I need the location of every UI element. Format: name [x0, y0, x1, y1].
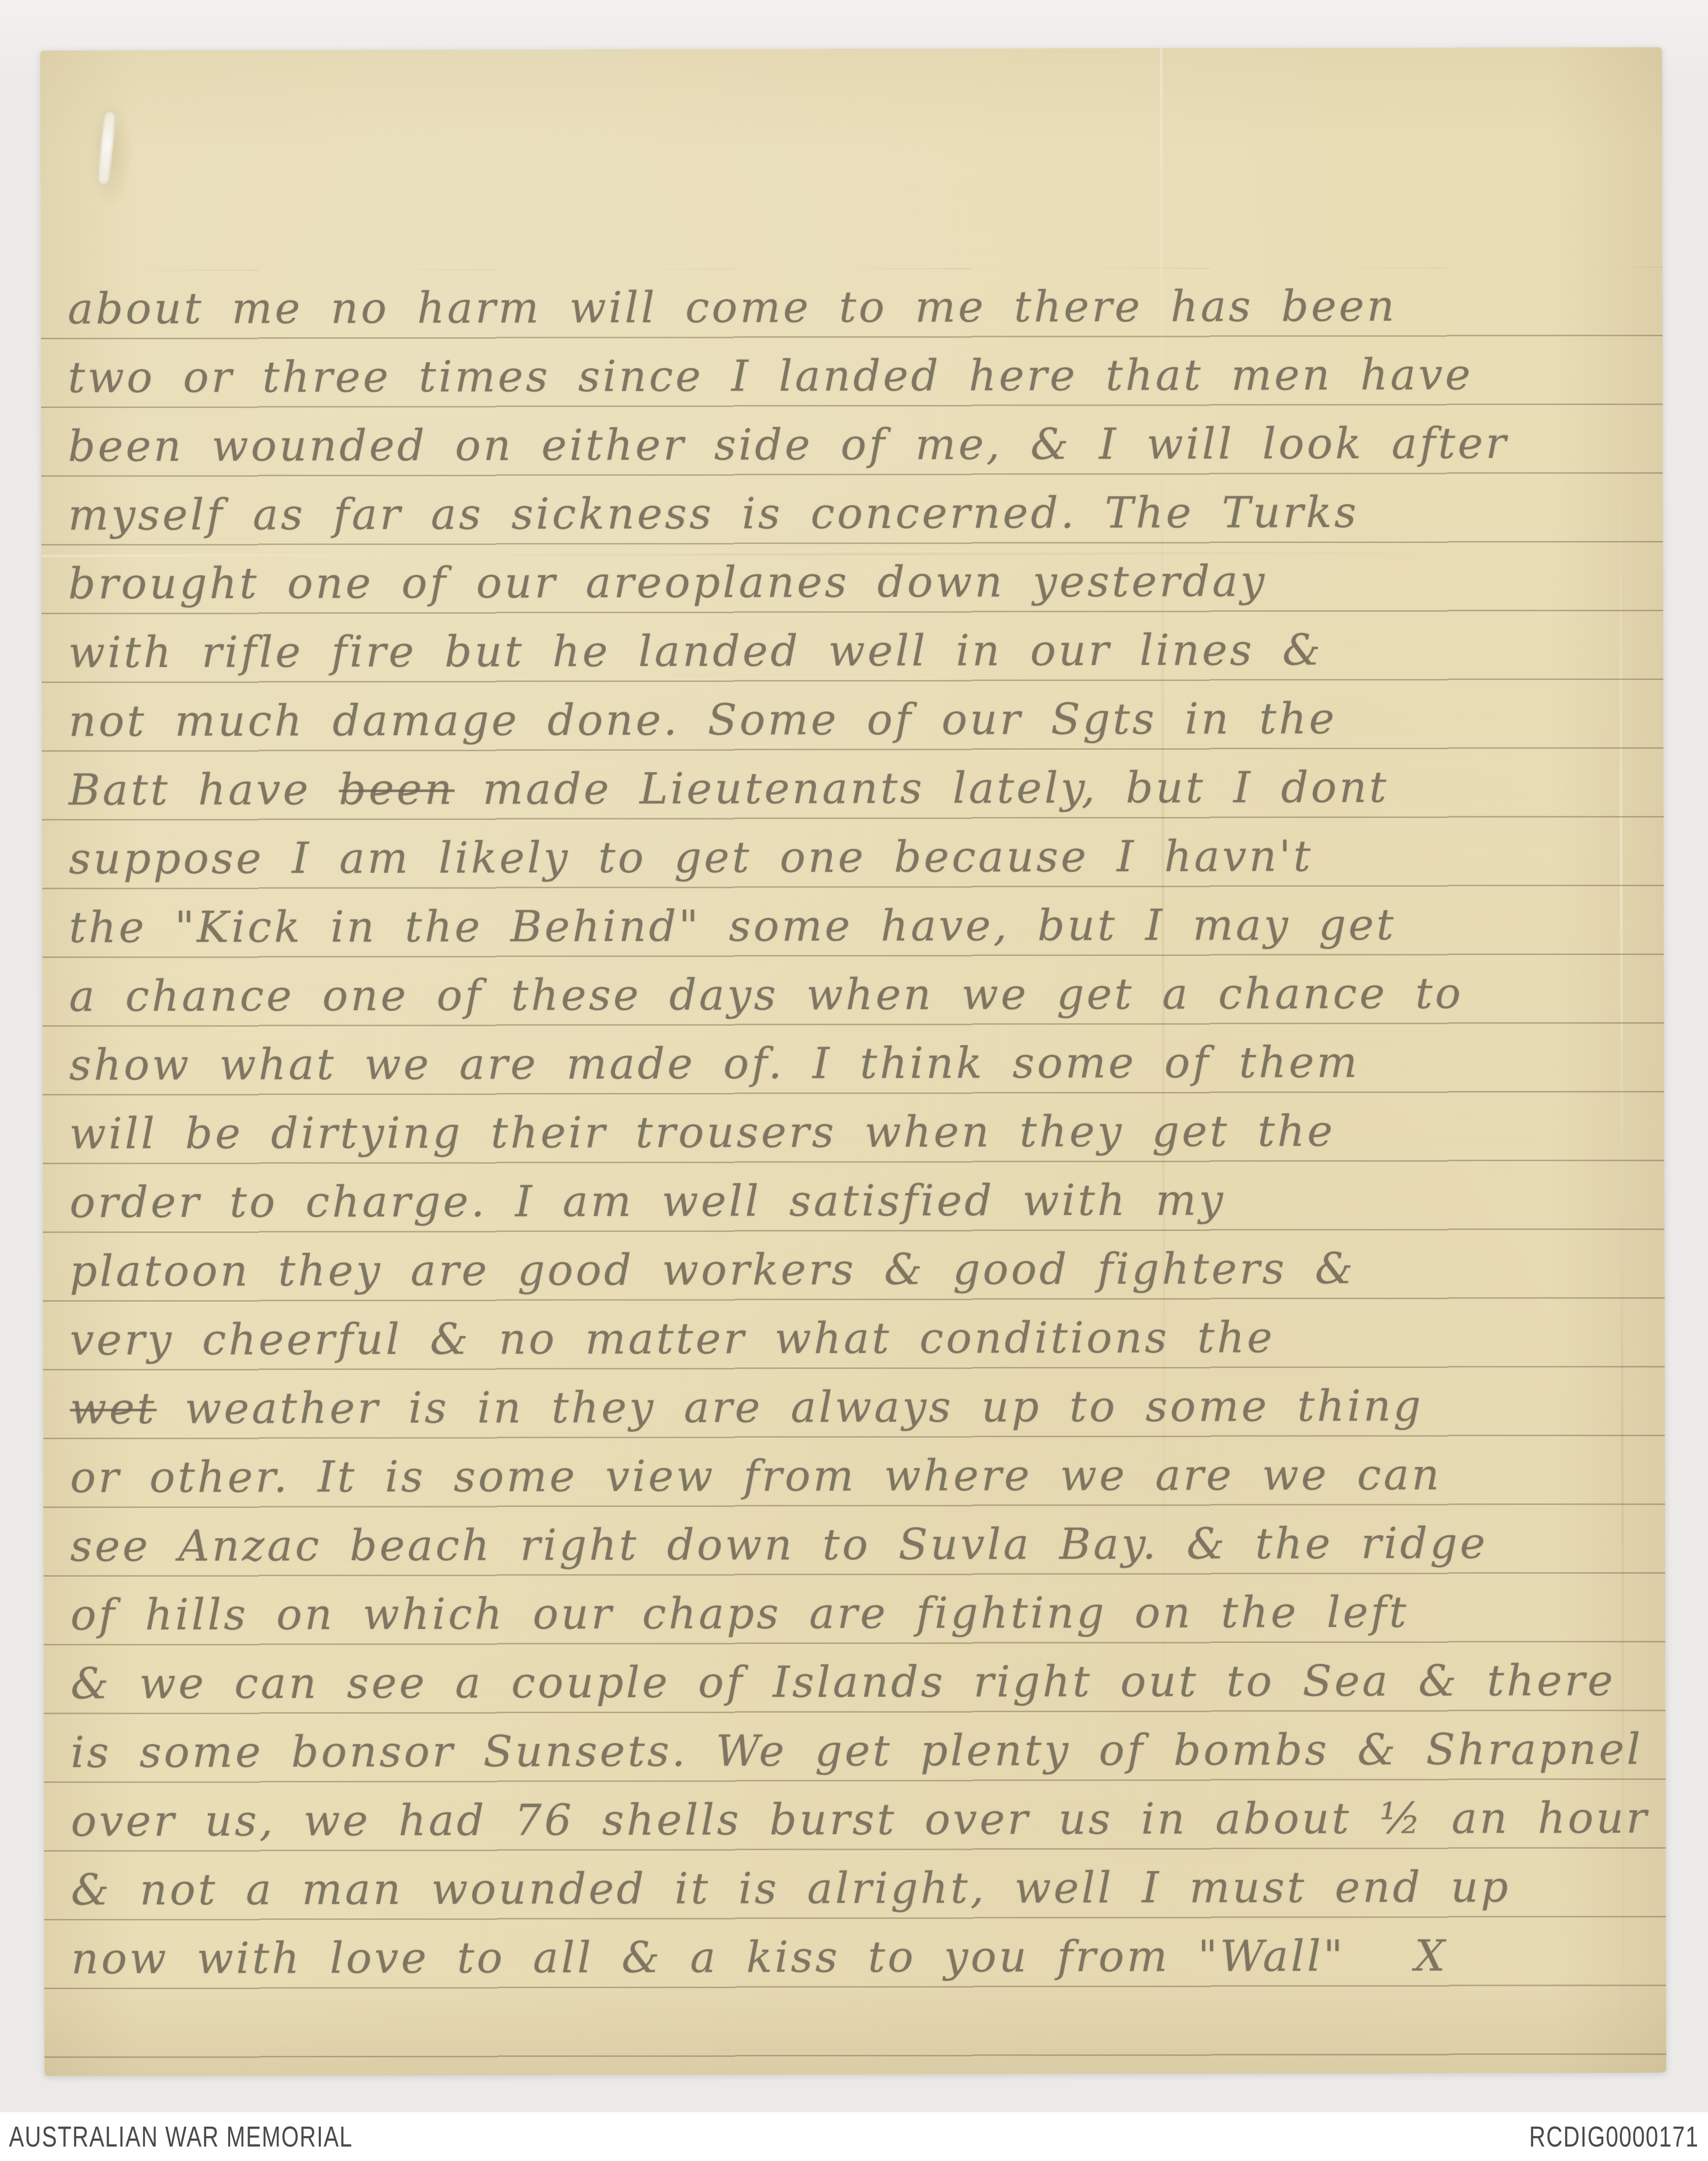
letter-line: two or three times since I landed here t… [68, 340, 1663, 412]
letter-text: a chance one of these days when we get a… [69, 968, 1463, 1021]
letter-line: & we can see a couple of Islands right o… [70, 1646, 1665, 1719]
letter-text: weather is in they are always up to some… [156, 1381, 1423, 1434]
letter-text: see Anzac beach right down to Suvla Bay.… [70, 1518, 1488, 1571]
letter-text: with rifle fire but he landed well in ou… [68, 625, 1323, 677]
letter-line: about me no harm will come to me there h… [68, 271, 1663, 344]
letter-text: order to charge. I am well satisfied wit… [69, 1175, 1225, 1227]
letter-text: will be dirtying their trousers when the… [69, 1106, 1335, 1159]
letter-line: is some bonsor Sunsets. We get plenty of… [71, 1715, 1666, 1787]
letter-text: Batt have [69, 765, 339, 815]
archive-footer-bar: AUSTRALIAN WAR MEMORIAL RCDIG0000171 [0, 2112, 1708, 2161]
letter-line: & not a man wounded it is alright, well … [71, 1853, 1666, 1925]
letter-text: two or three times since I landed here t… [68, 350, 1473, 403]
letter-text: about me no harm will come to me there h… [68, 281, 1397, 334]
letter-text: the "Kick in the Behind" some have, but … [69, 900, 1396, 953]
letter-text: & we can see a couple of Islands right o… [71, 1656, 1616, 1709]
letter-text: platoon they are good workers & good fig… [70, 1244, 1356, 1296]
letter-line: wet weather is in they are always up to … [70, 1371, 1665, 1444]
letter-text: made Lieutenants lately, but I dont [454, 763, 1389, 814]
letter-text: of hills on which our chaps are fighting… [70, 1588, 1409, 1640]
letter-text: myself as far as sickness is concerned. … [68, 488, 1359, 540]
letter-line: will be dirtying their trousers when the… [69, 1096, 1664, 1169]
letter-text: over us, we had 76 shells burst over us … [71, 1793, 1649, 1847]
letter-line: the "Kick in the Behind" some have, but … [69, 890, 1664, 962]
letter-line: of hills on which our chaps are fighting… [70, 1578, 1665, 1650]
letter-line: or other. It is some view from where we … [70, 1440, 1665, 1512]
letter-line: suppose I am likely to get one because I… [69, 821, 1664, 894]
letter-line: see Anzac beach right down to Suvla Bay.… [70, 1509, 1665, 1581]
letter-line: not much damage done. Some of our Sgts i… [68, 684, 1663, 756]
letter-text: or other. It is some view from where we … [70, 1450, 1442, 1503]
letter-text: & not a man wounded it is alright, well … [71, 1862, 1511, 1915]
letter-text: is some bonsor Sunsets. We get plenty of… [71, 1725, 1643, 1778]
reference-id: RCDIG0000171 [1529, 2120, 1699, 2154]
letter-page: about me no harm will come to me there h… [40, 47, 1667, 2076]
letter-line: myself as far as sickness is concerned. … [68, 478, 1663, 550]
letter-text: now with love to all & a kiss to you fro… [71, 1931, 1448, 1984]
letter-text: not much damage done. Some of our Sgts i… [68, 694, 1336, 746]
letter-line: now with love to all & a kiss to you fro… [71, 1921, 1666, 1994]
letter-line: over us, we had 76 shells burst over us … [71, 1784, 1666, 1856]
archive-name: AUSTRALIAN WAR MEMORIAL [9, 2120, 353, 2154]
struck-word: wet [70, 1384, 156, 1434]
scan-background: about me no harm will come to me there h… [0, 0, 1708, 2161]
letter-line: very cheerful & no matter what condition… [70, 1303, 1665, 1375]
struck-word: been [339, 765, 454, 814]
letter-line: a chance one of these days when we get a… [69, 959, 1664, 1031]
letter-line: with rifle fire but he landed well in ou… [68, 615, 1663, 687]
letter-text: suppose I am likely to get one because I… [69, 831, 1313, 884]
letter-text: very cheerful & no matter what condition… [70, 1313, 1275, 1365]
letter-text: brought one of our areoplanes down yeste… [68, 556, 1267, 609]
letter-text: been wounded on either side of me, & I w… [68, 418, 1508, 471]
letter-line: been wounded on either side of me, & I w… [68, 409, 1663, 481]
letter-lines: about me no harm will come to me there h… [41, 271, 1666, 1994]
letter-line: platoon they are good workers & good fig… [70, 1234, 1665, 1306]
letter-line: brought one of our areoplanes down yeste… [68, 546, 1663, 619]
letter-text: show what we are made of. I think some o… [69, 1038, 1360, 1090]
letter-line: show what we are made of. I think some o… [69, 1028, 1664, 1100]
letter-line: Batt have been made Lieutenants lately, … [69, 753, 1664, 825]
letter-line: order to charge. I am well satisfied wit… [69, 1165, 1664, 1237]
